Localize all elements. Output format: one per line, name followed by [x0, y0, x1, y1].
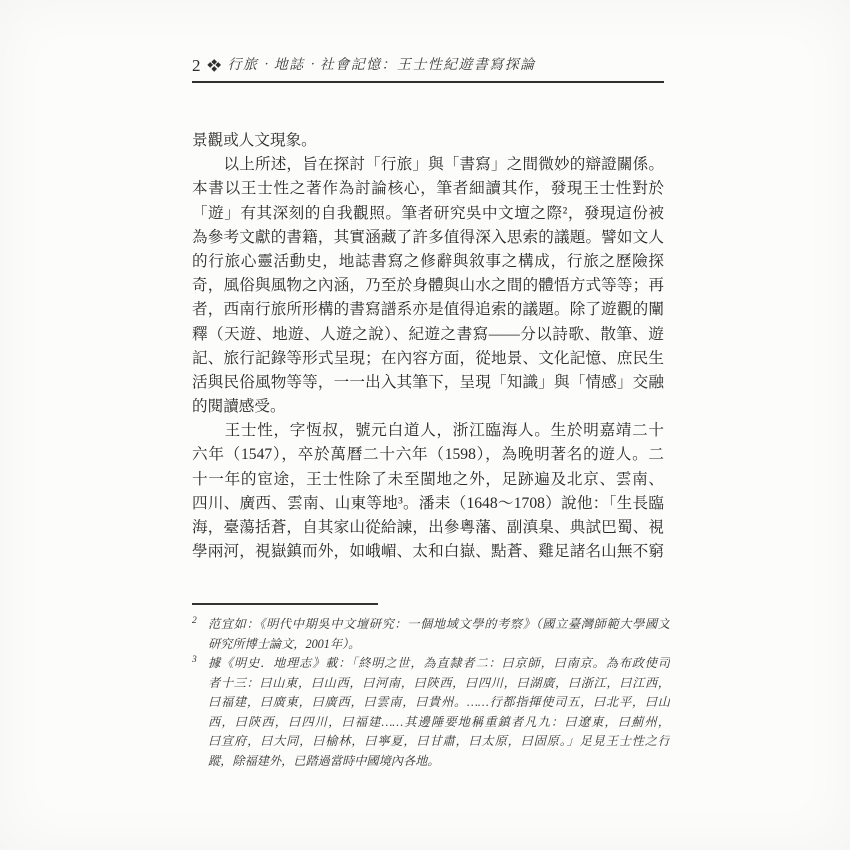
text-line: 曰福建，曰廣東，曰廣西，曰雲南，曰貴州。……行都指揮使司五，曰北平，曰山 [208, 693, 670, 713]
text-line: 釋（天遊、地遊、人遊之說）、紀遊之書寫——分以詩歌、散筆、遊 [192, 323, 664, 347]
text-line: 本書以王士性之著作為討論核心，筆者細讀其作，發現王士性對於 [192, 177, 664, 201]
text-line: 活與民俗風物等等，一一出入其筆下，呈現「知識」與「情感」交融 [192, 371, 664, 395]
footnote-text: 范宜如：《明代中期吳中文壇研究：一個地域文學的考察》（國立臺灣師範大學國文研究所… [208, 615, 670, 654]
footnote-item: 2范宜如：《明代中期吳中文壇研究：一個地域文學的考察》（國立臺灣師範大學國文研究… [192, 615, 670, 654]
footnote-marker: 3 [192, 654, 208, 771]
text-line: 以上所述，旨在探討「行旅」與「書寫」之間微妙的辯證關係。 [192, 153, 664, 177]
text-line: 「遊」有其深刻的自我觀照。筆者研究吳中文壇之際²，發現這份被視 [192, 202, 664, 226]
footnote-item: 3據《明史．地理志》載：「終明之世，為直隸者二：曰京師，曰南京。為布政使司者十三… [192, 654, 670, 771]
page-number: 2 [192, 57, 201, 74]
text-line: 者十三：曰山東，曰山西，曰河南，曰陝西，曰四川，曰湖廣，曰浙江，曰江西， [208, 674, 670, 694]
clover-ornament-icon [209, 60, 220, 71]
text-line: 據《明史．地理志》載：「終明之世，為直隸者二：曰京師，曰南京。為布政使司 [208, 654, 670, 674]
text-line: 者，西南行旅所形構的書寫譜系亦是值得追索的議題。除了遊觀的闡 [192, 298, 664, 322]
text-line: 學兩河，視嶽鎮而外，如峨嵋、太和白嶽、點蒼、雞足諸名山無不窮 [192, 540, 664, 564]
text-line: 六年（1547），卒於萬曆二十六年（1598），為晚明著名的遊人。二 [192, 443, 664, 467]
page-header: 2 行旅‧地誌‧社會記憶：王士性紀遊書寫探論 [192, 57, 664, 83]
text-line: 的行旅心靈活動史，地誌書寫之修辭與敘事之構成，行旅之歷險探 [192, 250, 664, 274]
text-line: 王士性，字恆叔，號元白道人，浙江臨海人。生於明嘉靖二十 [192, 419, 664, 443]
text-line: 為參考文獻的書籍，其實涵藏了許多值得深入思索的議題。譬如文人 [192, 226, 664, 250]
book-page: 2 行旅‧地誌‧社會記憶：王士性紀遊書寫探論 景觀或人文現象。 以上所述，旨在探… [0, 0, 850, 850]
text-line: 海，臺蕩括蒼，自其家山從給諫，出參粵藩、副滇臬、典試巴蜀、視 [192, 516, 664, 540]
text-line: 曰宣府，曰大同，曰榆林，曰寧夏，曰甘肅，曰太原，曰固原。」足見王士性之行 [208, 732, 670, 752]
footnotes: 2范宜如：《明代中期吳中文壇研究：一個地域文學的考察》（國立臺灣師範大學國文研究… [192, 615, 670, 771]
text-line: 奇，風俗與風物之內涵，乃至於身體與山水之間的體悟方式等等；再 [192, 274, 664, 298]
text-line: 景觀或人文現象。 [192, 129, 664, 153]
text-line: 十一年的宦途，王士性除了未至閩地之外，足跡遍及北京、雲南、 [192, 468, 664, 492]
text-line: 記、旅行記錄等形式呈現；在內容方面，從地景、文化記憶、庶民生 [192, 347, 664, 371]
text-line: 蹤，除福建外，已踏過當時中國境內各地。 [208, 752, 670, 772]
footnote-text: 據《明史．地理志》載：「終明之世，為直隸者二：曰京師，曰南京。為布政使司者十三：… [208, 654, 670, 771]
running-title: 行旅‧地誌‧社會記憶：王士性紀遊書寫探論 [228, 59, 536, 73]
text-line: 研究所博士論文，2001年）。 [208, 635, 670, 655]
footnote-marker: 2 [192, 615, 208, 654]
body-text: 景觀或人文現象。 以上所述，旨在探討「行旅」與「書寫」之間微妙的辯證關係。本書以… [192, 129, 664, 564]
text-line: 西，曰陝西，曰四川，曰福建……其邊陲要地稱重鎮者凡九：曰遼東，曰薊州， [208, 713, 670, 733]
text-line: 四川、廣西、雲南、山東等地³。潘耒（1648～1708）說他：「生長臨 [192, 492, 664, 516]
footnote-separator [192, 603, 378, 605]
text-line: 范宜如：《明代中期吳中文壇研究：一個地域文學的考察》（國立臺灣師範大學國文 [208, 615, 670, 635]
text-line: 的閱讀感受。 [192, 395, 664, 419]
